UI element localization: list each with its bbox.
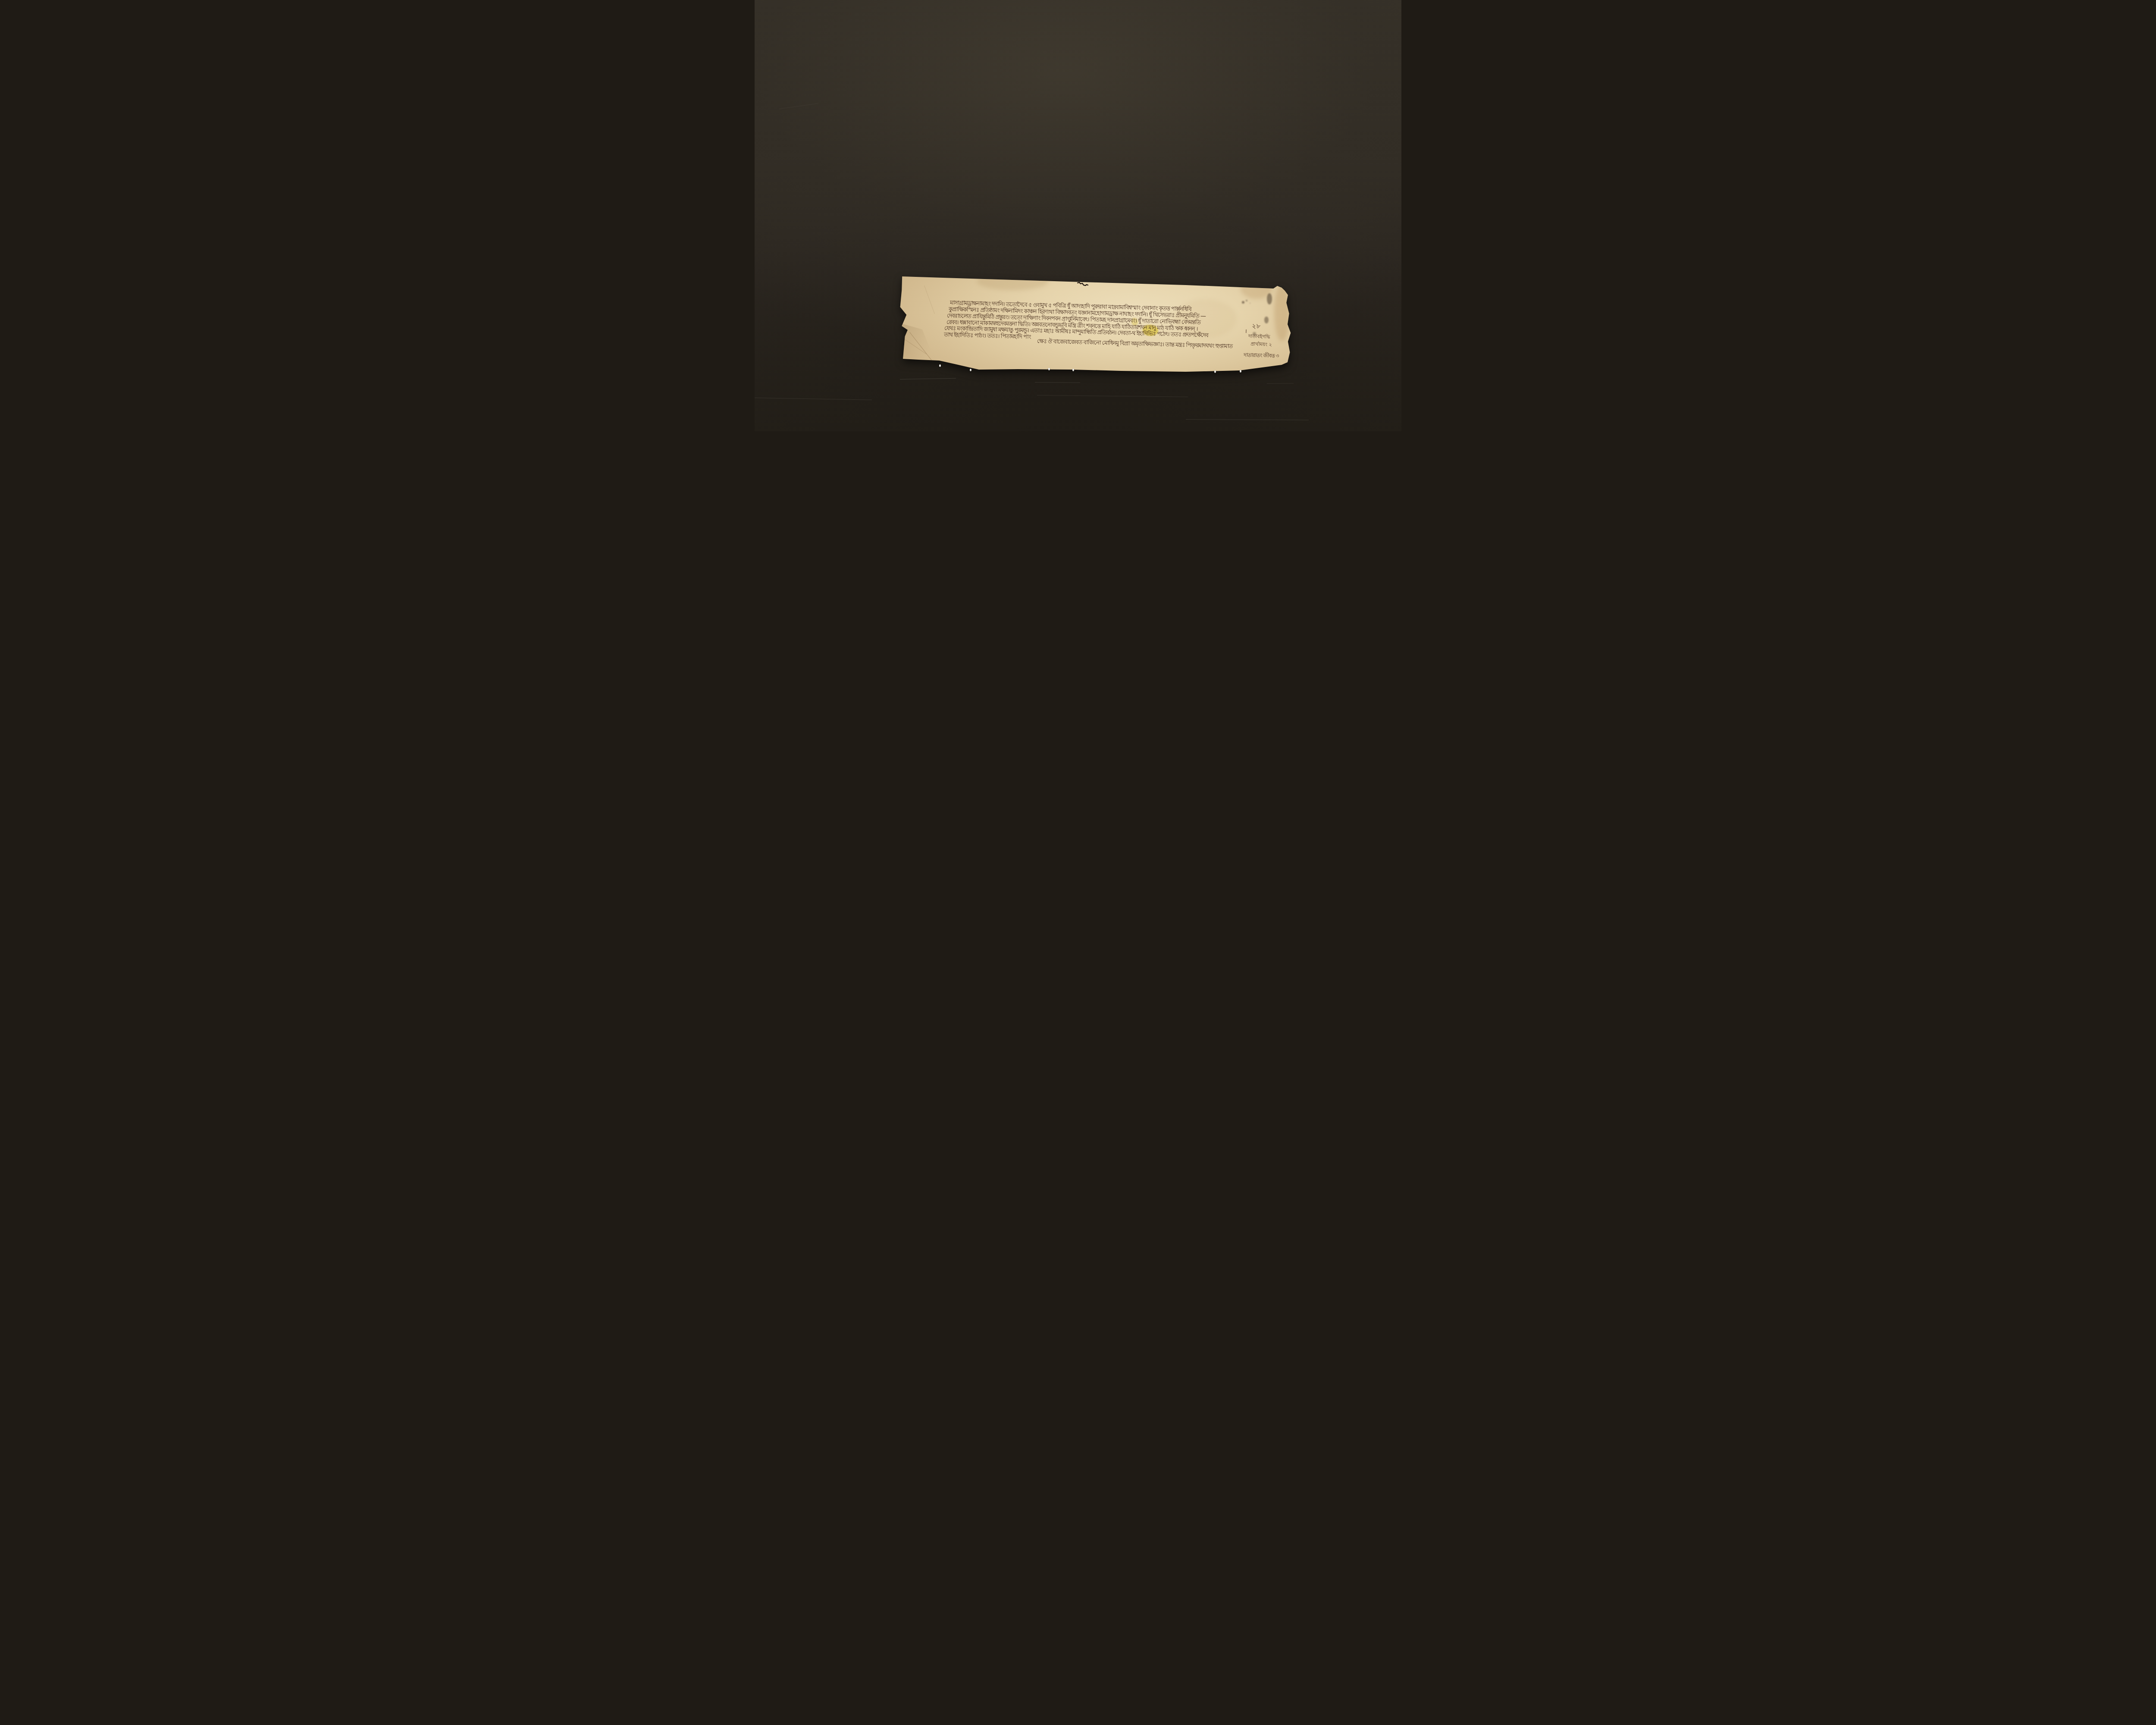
mounting-pin <box>970 369 971 371</box>
stain <box>1274 285 1290 341</box>
ink-squiggle-mark <box>1077 282 1088 287</box>
ink-smudge <box>1267 293 1272 304</box>
colophon: দাতারাতং জীবত্ত ৩ <box>1244 352 1279 359</box>
crease-line <box>905 339 926 354</box>
mounting-pin <box>1240 370 1241 373</box>
ink-smudge <box>1264 317 1269 323</box>
fold-flap <box>899 321 938 365</box>
mounting-pin <box>1214 370 1216 373</box>
margin-note: প্রার্থাময়ং ২ <box>1250 340 1272 349</box>
mounting-pin <box>1072 369 1074 371</box>
stain <box>977 273 1048 290</box>
mounting-pin <box>1048 368 1050 370</box>
text-line: ক্ষেঃ ঔ বাজেবাজেবত বাজিনো মোধিনমু বিপ্রা… <box>1037 339 1233 350</box>
ink-smudge <box>1242 301 1244 304</box>
crease-line <box>924 285 935 314</box>
photograph-backdrop: মাসাগ্রামড্রাক্ষনামাহং দদানি। ততোদৈবে ৫ … <box>755 0 1401 431</box>
stain <box>1241 278 1272 299</box>
leaf-shadow-wrapper: মাসাগ্রামড্রাক্ষনামাহং দদানি। ততোদৈবে ৫ … <box>755 0 1401 431</box>
mounting-pin <box>939 364 941 367</box>
manuscript-leaf: মাসাগ্রামড্রাক্ষনামাহং দদানি। ততোদৈবে ৫ … <box>899 275 1292 372</box>
text-line: তাথ ইহাদিতিঃ পাঠং। ততঃ। পিতামহাদি পাং <box>944 332 1031 340</box>
crease-line <box>909 332 933 362</box>
folio-number: ২৮ <box>1252 321 1261 332</box>
margin-separator: । <box>1245 327 1247 335</box>
